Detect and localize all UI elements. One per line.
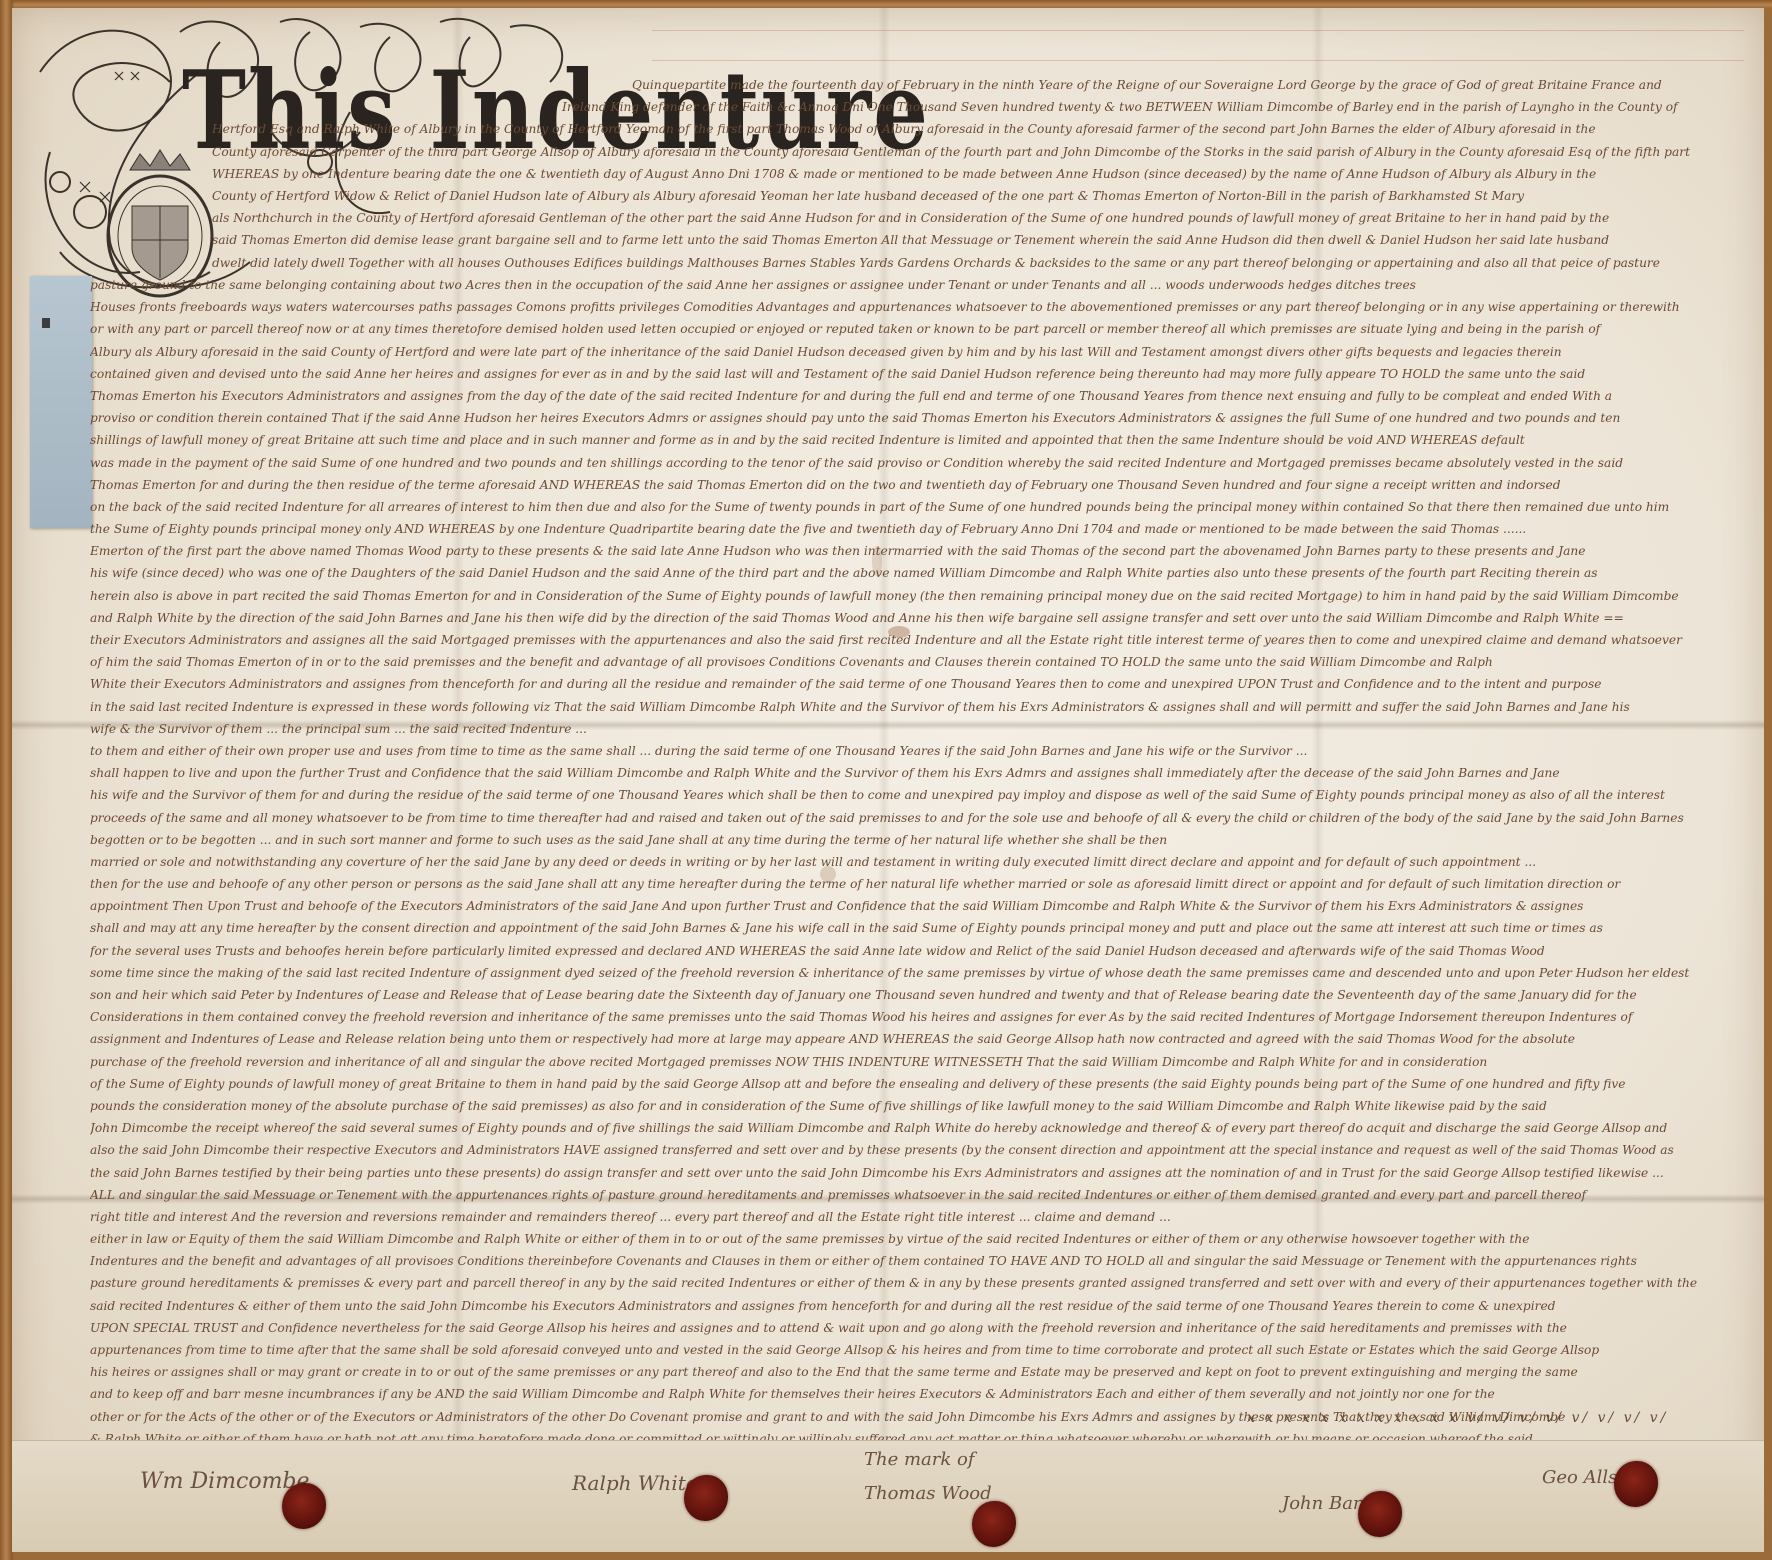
body-line: also the said John Dimcombe their respec… bbox=[90, 1139, 1742, 1161]
body-line: als Northchurch in the County of Hertfor… bbox=[212, 207, 1742, 229]
witness-marks: x x x x x x x x x x x x v/ v/ v/ v/ v/ v… bbox=[1247, 1410, 1668, 1426]
body-line: contained given and devised unto the sai… bbox=[90, 363, 1742, 385]
body-line: on the back of the said recited Indentur… bbox=[90, 496, 1742, 518]
wax-seal-icon bbox=[684, 1475, 728, 1521]
body-line: John Dimcombe the receipt whereof the sa… bbox=[90, 1117, 1742, 1139]
body-line: some time since the making of the said l… bbox=[90, 962, 1742, 984]
body-line: to them and either of their own proper u… bbox=[90, 740, 1742, 762]
signature-wood: The mark of Thomas Wood bbox=[864, 1443, 1034, 1511]
body-line: assignment and Indentures of Lease and R… bbox=[90, 1028, 1742, 1050]
parchment-document: This Indenture HONI SOIT QUI MAL Y PENSE… bbox=[12, 8, 1764, 1552]
body-line: Hertford Esq and Ralph White of Albury i… bbox=[212, 118, 1742, 140]
body-line: of him the said Thomas Emerton of in or … bbox=[90, 651, 1742, 673]
body-line: Ireland King defender of the Faith &c An… bbox=[212, 96, 1742, 118]
body-line: appurtenances from time to time after th… bbox=[90, 1339, 1742, 1361]
body-line: the Sume of Eighty pounds principal mone… bbox=[90, 518, 1742, 540]
body-line: dwelt did lately dwell Together with all… bbox=[212, 252, 1742, 274]
signature-strip: Wm Dimcombe Ralph White The mark of Thom… bbox=[12, 1440, 1764, 1552]
tab-hole bbox=[42, 318, 50, 328]
body-line: said Thomas Emerton did demise lease gra… bbox=[212, 229, 1742, 251]
signature-dimcombe: Wm Dimcombe bbox=[140, 1469, 310, 1494]
body-line: their Executors Administrators and assig… bbox=[90, 629, 1742, 651]
body-line: his heires or assignes shall or may gran… bbox=[90, 1361, 1742, 1383]
wax-seal-icon bbox=[282, 1483, 326, 1529]
body-line: shall and may att any time hereafter by … bbox=[90, 917, 1742, 939]
body-line: herein also is above in part recited the… bbox=[90, 585, 1742, 607]
body-line: pounds the consideration money of the ab… bbox=[90, 1095, 1742, 1117]
blue-paper-tab bbox=[30, 276, 92, 528]
body-line: his wife and the Survivor of them for an… bbox=[90, 784, 1742, 806]
body-line: or with any part or parcell thereof now … bbox=[90, 318, 1742, 340]
body-line: County aforesaid Carpenter of the third … bbox=[212, 141, 1742, 163]
indenture-body: Quinquepartite made the fourteenth day o… bbox=[212, 74, 1742, 274]
indenture-body-main: pasture ground to the same belonging con… bbox=[90, 274, 1742, 1552]
body-line: son and heir which said Peter by Indentu… bbox=[90, 984, 1742, 1006]
body-line: UPON SPECIAL TRUST and Confidence nevert… bbox=[90, 1317, 1742, 1339]
body-line: pasture ground to the same belonging con… bbox=[90, 274, 1742, 296]
body-line: pasture ground hereditaments & premisses… bbox=[90, 1272, 1742, 1294]
wax-seal-icon bbox=[1358, 1491, 1402, 1537]
body-line: wife & the Survivor of them ... the prin… bbox=[90, 718, 1742, 740]
body-line: Emerton of the first part the above name… bbox=[90, 540, 1742, 562]
body-line: then for the use and behoofe of any othe… bbox=[90, 873, 1742, 895]
body-line: Thomas Emerton for and during the then r… bbox=[90, 474, 1742, 496]
body-line: in the said last recited Indenture is ex… bbox=[90, 696, 1742, 718]
body-line: proviso or condition therein contained T… bbox=[90, 407, 1742, 429]
body-line: and Ralph White by the direction of the … bbox=[90, 607, 1742, 629]
body-line: Indentures and the benefit and advantage… bbox=[90, 1250, 1742, 1272]
body-line: married or sole and notwithstanding any … bbox=[90, 851, 1742, 873]
ruled-line bbox=[652, 30, 1744, 31]
body-line: of the Sume of Eighty pounds of lawfull … bbox=[90, 1073, 1742, 1095]
signature-white: Ralph White bbox=[572, 1471, 698, 1495]
body-line: appointment Then Upon Trust and behoofe … bbox=[90, 895, 1742, 917]
body-line: either in law or Equity of them the said… bbox=[90, 1228, 1742, 1250]
body-line: for the several uses Trusts and behoofes… bbox=[90, 940, 1742, 962]
body-line: proceeds of the same and all money whats… bbox=[90, 807, 1742, 829]
body-line: County of Hertford Widow & Relict of Dan… bbox=[212, 185, 1742, 207]
body-line: shall happen to live and upon the furthe… bbox=[90, 762, 1742, 784]
body-line: Considerations in them contained convey … bbox=[90, 1006, 1742, 1028]
body-line: Albury als Albury aforesaid in the said … bbox=[90, 341, 1742, 363]
body-line: the said John Barnes testified by their … bbox=[90, 1162, 1742, 1184]
body-line: WHEREAS by one Indenture bearing date th… bbox=[212, 163, 1742, 185]
body-line: shillings of lawfull money of great Brit… bbox=[90, 429, 1742, 451]
body-line: right title and interest And the reversi… bbox=[90, 1206, 1742, 1228]
body-line: begotten or to be begotten ... and in su… bbox=[90, 829, 1742, 851]
body-line: White their Executors Administrators and… bbox=[90, 673, 1742, 695]
wax-seal-icon bbox=[972, 1501, 1016, 1547]
body-line: ALL and singular the said Messuage or Te… bbox=[90, 1184, 1742, 1206]
body-line: Quinquepartite made the fourteenth day o… bbox=[212, 74, 1742, 96]
body-line: Thomas Emerton his Executors Administrat… bbox=[90, 385, 1742, 407]
wax-seal-icon bbox=[1614, 1461, 1658, 1507]
body-line: purchase of the freehold reversion and i… bbox=[90, 1051, 1742, 1073]
body-line: his wife (since deced) who was one of th… bbox=[90, 562, 1742, 584]
body-line: was made in the payment of the said Sume… bbox=[90, 452, 1742, 474]
body-line: and to keep off and barr mesne incumbran… bbox=[90, 1383, 1742, 1405]
body-line: said recited Indentures & either of them… bbox=[90, 1295, 1742, 1317]
body-line: Houses fronts freeboards ways waters wat… bbox=[90, 296, 1742, 318]
